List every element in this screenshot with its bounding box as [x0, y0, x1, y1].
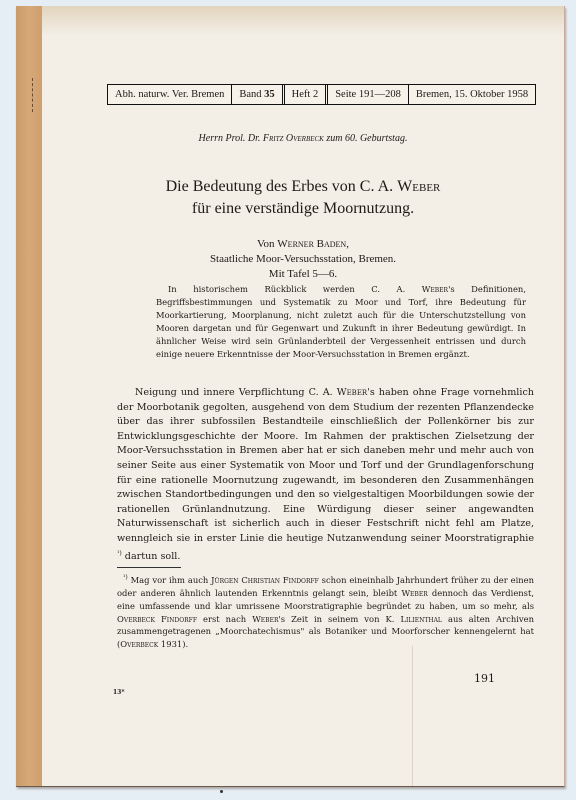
body-text-end: dartun soll. — [122, 551, 181, 562]
title-line-2: für eine verständige Moornutzung. — [42, 198, 564, 220]
footnote-name: Overbeck Findorff — [117, 614, 197, 624]
page-number: 191 — [474, 672, 495, 685]
volume: Band 35 — [232, 85, 284, 104]
abstract-name: Weber — [422, 284, 448, 294]
abstract-text: In historischem Rückblick werden C. A. — [168, 284, 422, 294]
footnote-text: 1931). — [158, 639, 188, 649]
title-text: Die Bedeutung des Erbes von C. A. — [166, 178, 398, 195]
binding-strip — [16, 6, 42, 786]
footnote-divider — [117, 567, 181, 568]
dust-speck — [220, 790, 223, 793]
footnote-text: 's Zeit in seinem von K. — [278, 614, 400, 624]
footnote-name: Overbeck — [120, 639, 158, 649]
pencil-mark — [32, 78, 35, 112]
title-line-1: Die Bedeutung des Erbes von C. A. Weber — [42, 176, 564, 198]
dedication-text: Herrn Prol. Dr. — [199, 133, 263, 144]
title-name: Weber — [397, 178, 440, 195]
paper-discoloration — [42, 6, 564, 36]
body-text-main: 's haben ohne Frage vornehmlich der Moor… — [117, 387, 534, 544]
author-prefix: Von — [257, 238, 277, 250]
abstract-text-end: 's Definitionen, Begriffsbestimmungen un… — [156, 284, 526, 359]
author-institution: Staatliche Moor-Versuchsstation, Bremen. — [42, 252, 564, 267]
author-name: Werner Baden — [277, 238, 346, 250]
author-comma: , — [346, 238, 349, 250]
paper-crease — [412, 646, 413, 786]
plates-note: Mit Tafel 5—6. — [42, 267, 564, 282]
author-block: Von Werner Baden, Staatliche Moor-Versuc… — [42, 237, 564, 282]
body-name: Weber — [337, 387, 368, 398]
publication-date: Bremen, 15. Oktober 1958 — [409, 85, 535, 104]
pages: Seite 191—208 — [328, 85, 409, 104]
footnote-name: Weber — [401, 588, 427, 598]
author-line: Von Werner Baden, — [42, 237, 564, 252]
document-page: Abh. naturw. Ver. Bremen Band 35 Heft 2 … — [16, 6, 565, 787]
volume-number: 35 — [264, 89, 275, 100]
dedication-text-end: zum 60. Geburtstag. — [324, 133, 408, 144]
footnote: ¹) Mag vor ihm auch Jürgen Christian Fin… — [117, 572, 534, 651]
footnote-name: Lilienthal — [400, 614, 441, 624]
body-paragraph: Neigung und innere Verpflichtung C. A. W… — [117, 386, 534, 564]
body-text: Neigung und innere Verpflichtung C. A. — [135, 387, 337, 398]
abstract: In historischem Rückblick werden C. A. W… — [156, 283, 526, 361]
footnote-text: Mag vor ihm auch — [128, 575, 211, 585]
dedication-name: Fritz Overbeck — [263, 133, 324, 144]
footnote-text: erst nach — [197, 614, 252, 624]
article-title: Die Bedeutung des Erbes von C. A. Weber … — [42, 176, 564, 220]
footnote-name: Weber — [252, 614, 278, 624]
dedication: Herrn Prol. Dr. Fritz Overbeck zum 60. G… — [42, 133, 564, 144]
footnote-name: Jürgen Christian Findorff — [211, 575, 319, 585]
volume-label: Band — [239, 89, 264, 100]
issue: Heft 2 — [285, 85, 329, 104]
signature-mark: 13* — [113, 689, 125, 696]
journal-name: Abh. naturw. Ver. Bremen — [108, 85, 232, 104]
journal-header-box: Abh. naturw. Ver. Bremen Band 35 Heft 2 … — [107, 84, 536, 105]
